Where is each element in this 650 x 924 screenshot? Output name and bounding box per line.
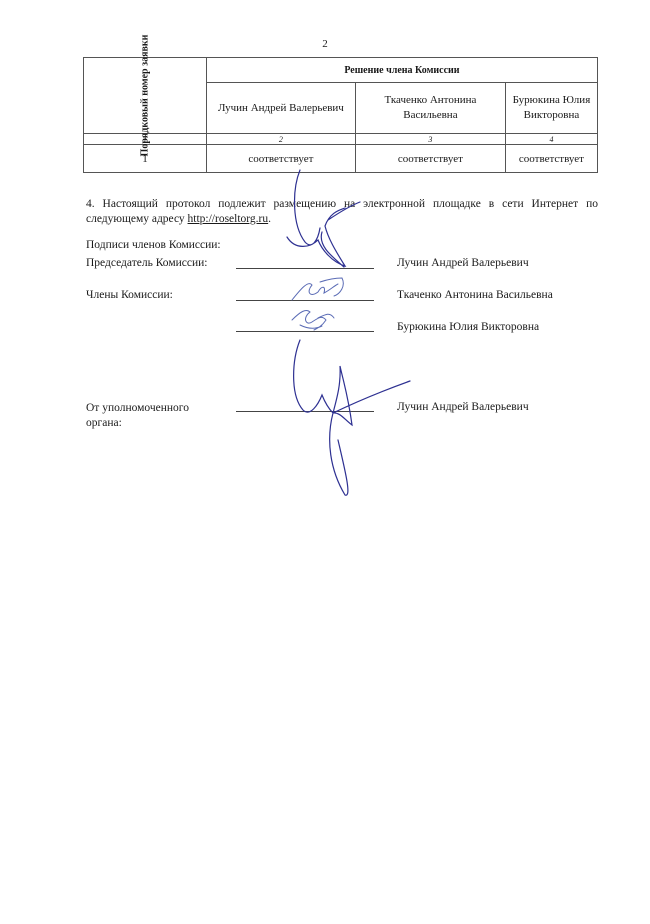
column-index: 2 [206, 134, 355, 145]
authority-label: От уполномоченного органа: [86, 401, 216, 431]
member-header: Лучин Андрей Валерьевич [206, 83, 355, 134]
column-index: 3 [355, 134, 505, 145]
authority-name: Лучин Андрей Валерьевич [397, 400, 529, 415]
row-number-header: Порядковый номер заявки [84, 58, 207, 134]
member-signature-line [236, 331, 374, 332]
decision-group-header: Решение члена Комиссии [206, 58, 597, 83]
chairman-label: Председатель Комиссии: [86, 256, 207, 271]
table-row: 1 соответствует соответствует соответств… [84, 145, 598, 173]
member-name: Бурюкина Юлия Викторовна [397, 320, 539, 335]
decision-table: Порядковый номер заявки Решение члена Ко… [83, 57, 598, 173]
member-header: Бурюкина Юлия Викторовна [505, 83, 597, 134]
column-index: 4 [505, 134, 597, 145]
decision-cell: соответствует [206, 145, 355, 173]
member-header: Ткаченко Антонина Васильевна [355, 83, 505, 134]
authority-signature-line [236, 411, 374, 412]
members-label: Члены Комиссии: [86, 288, 173, 303]
chairman-signature-line [236, 268, 374, 269]
member-name: Ткаченко Антонина Васильевна [397, 288, 553, 303]
signatures-heading: Подписи членов Комиссии: [86, 238, 221, 253]
decision-cell: соответствует [505, 145, 597, 173]
roseltorg-link[interactable]: http://roseltorg.ru [188, 213, 269, 225]
page-number: 2 [0, 38, 650, 50]
decision-cell: соответствует [355, 145, 505, 173]
chairman-name: Лучин Андрей Валерьевич [397, 256, 529, 271]
publication-paragraph: 4. Настоящий протокол подлежит размещени… [86, 197, 598, 227]
member-signature-line [236, 300, 374, 301]
